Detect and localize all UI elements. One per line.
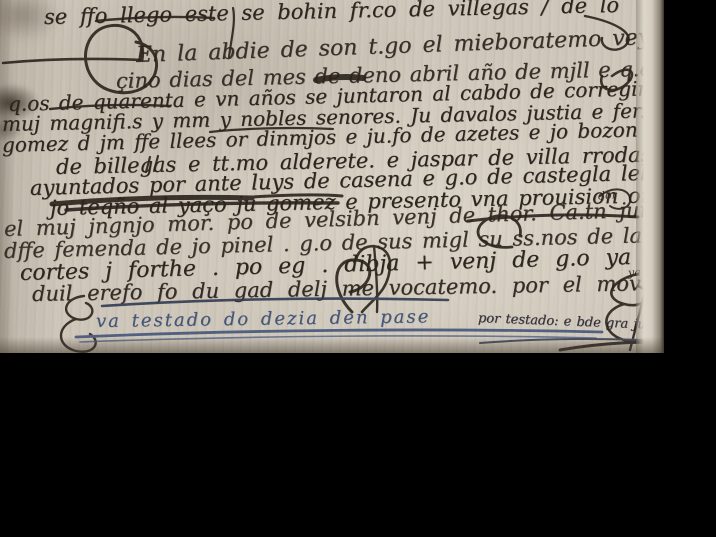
page-edge xyxy=(636,0,664,353)
margin-note: dor xyxy=(598,188,618,202)
manuscript-photo: se ffo llego este se bohin fr.co de vill… xyxy=(0,0,716,537)
paper-shadow xyxy=(0,337,664,353)
letterbox-bottom xyxy=(0,353,716,537)
manuscript-page: se ffo llego este se bohin fr.co de vill… xyxy=(0,0,664,353)
letterbox-right xyxy=(664,0,716,353)
